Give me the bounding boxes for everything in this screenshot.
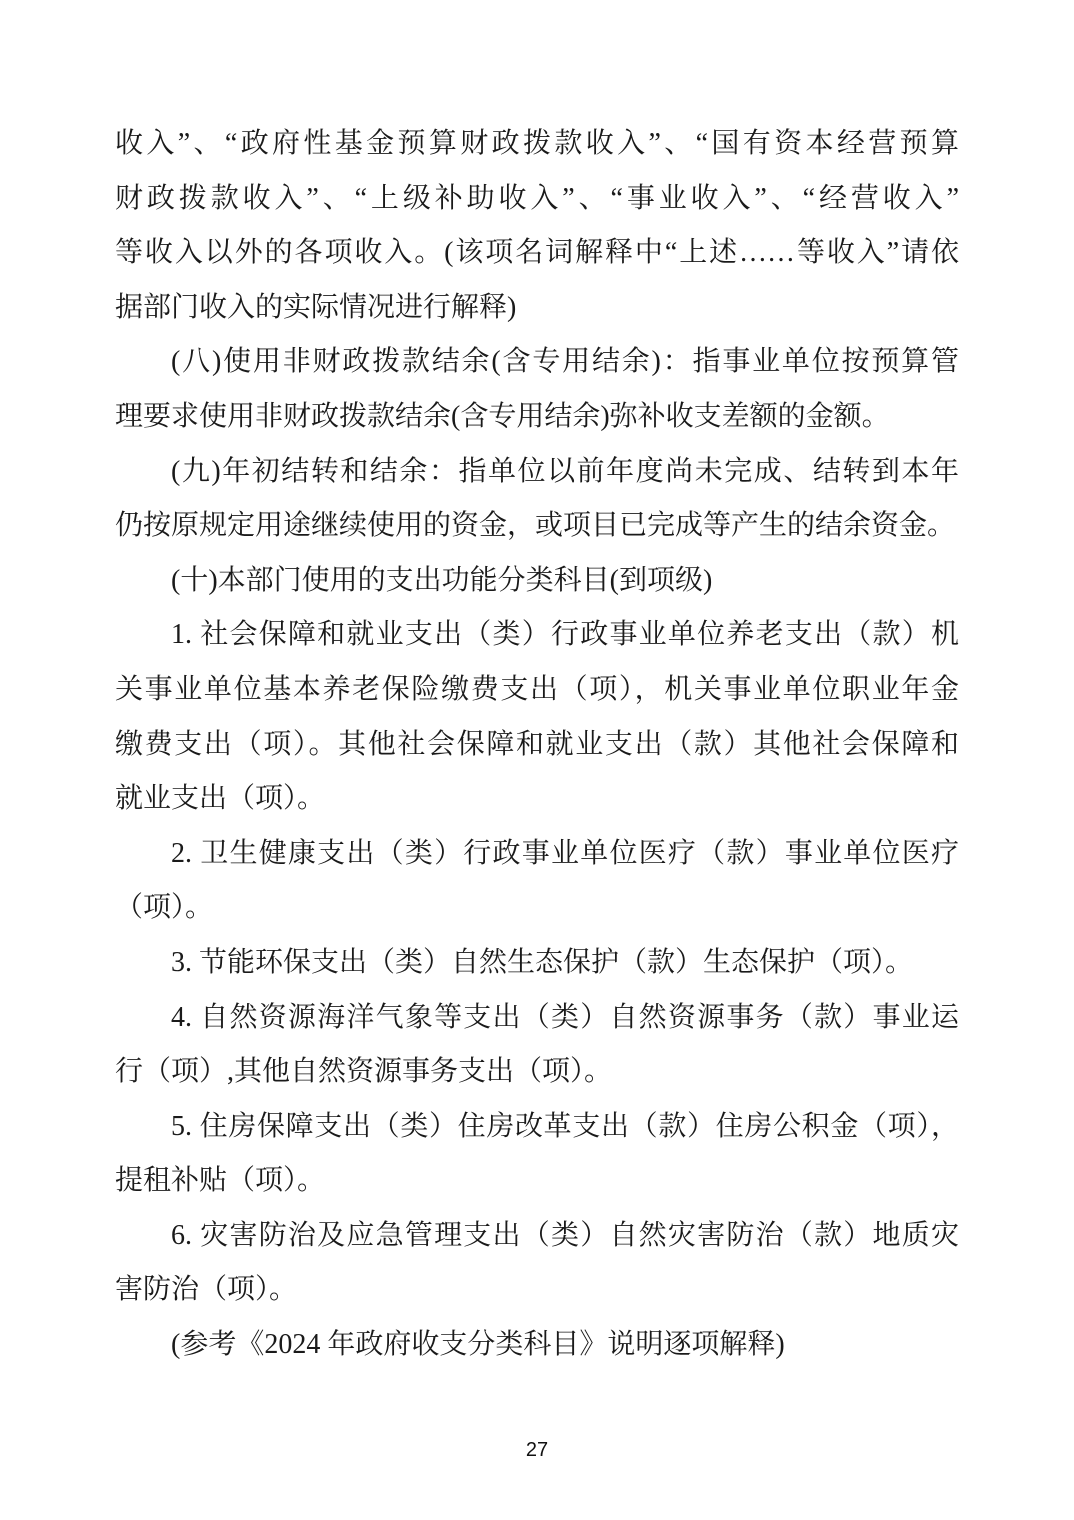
text-line: （项）。 <box>115 881 959 936</box>
page-number: 27 <box>526 1439 548 1461</box>
text-line: (十)本部门使用的支出功能分类科目(到项级) <box>115 554 959 609</box>
page-footer: 27 <box>0 1438 1074 1462</box>
text-line: (九)年初结转和结余：指单位以前年度尚未完成、结转到本年 <box>115 445 959 500</box>
text-line: 5. 住房保障支出（类）住房改革支出（款）住房公积金（项）， <box>115 1100 959 1155</box>
text-line: 提租补贴（项）。 <box>115 1154 959 1209</box>
text-line: 财政拨款收入”、“上级补助收入”、“事业收入”、“经营收入” <box>115 172 959 227</box>
text-line: (八)使用非财政拨款结余(含专用结余)：指事业单位按预算管 <box>115 335 959 390</box>
text-line: 收入”、“政府性基金预算财政拨款收入”、“国有资本经营预算 <box>115 117 959 172</box>
text-line: 关事业单位基本养老保险缴费支出（项），机关事业单位职业年金 <box>115 663 959 718</box>
text-line: 3. 节能环保支出（类）自然生态保护（款）生态保护（项）。 <box>115 936 959 991</box>
text-line: 2. 卫生健康支出（类）行政事业单位医疗（款）事业单位医疗 <box>115 827 959 882</box>
text-line: 理要求使用非财政拨款结余(含专用结余)弥补收支差额的金额。 <box>115 390 959 445</box>
text-line: 4. 自然资源海洋气象等支出（类）自然资源事务（款）事业运 <box>115 991 959 1046</box>
text-line: 就业支出（项）。 <box>115 772 959 827</box>
document-body: 收入”、“政府性基金预算财政拨款收入”、“国有资本经营预算 财政拨款收入”、“上… <box>115 117 959 1373</box>
text-line: 1. 社会保障和就业支出（类）行政事业单位养老支出（款）机 <box>115 608 959 663</box>
text-line: 行（项）,其他自然资源事务支出（项）。 <box>115 1045 959 1100</box>
text-line: 6. 灾害防治及应急管理支出（类）自然灾害防治（款）地质灾 <box>115 1209 959 1264</box>
text-line: 据部门收入的实际情况进行解释) <box>115 281 959 336</box>
text-line: (参考《2024 年政府收支分类科目》说明逐项解释) <box>115 1318 959 1373</box>
text-line: 等收入以外的各项收入。(该项名词解释中“上述……等收入”请依 <box>115 226 959 281</box>
text-line: 害防治（项）。 <box>115 1263 959 1318</box>
text-line: 仍按原规定用途继续使用的资金，或项目已完成等产生的结余资金。 <box>115 499 959 554</box>
document-page: 收入”、“政府性基金预算财政拨款收入”、“国有资本经营预算 财政拨款收入”、“上… <box>0 0 1074 1520</box>
text-line: 缴费支出（项）。其他社会保障和就业支出（款）其他社会保障和 <box>115 718 959 773</box>
